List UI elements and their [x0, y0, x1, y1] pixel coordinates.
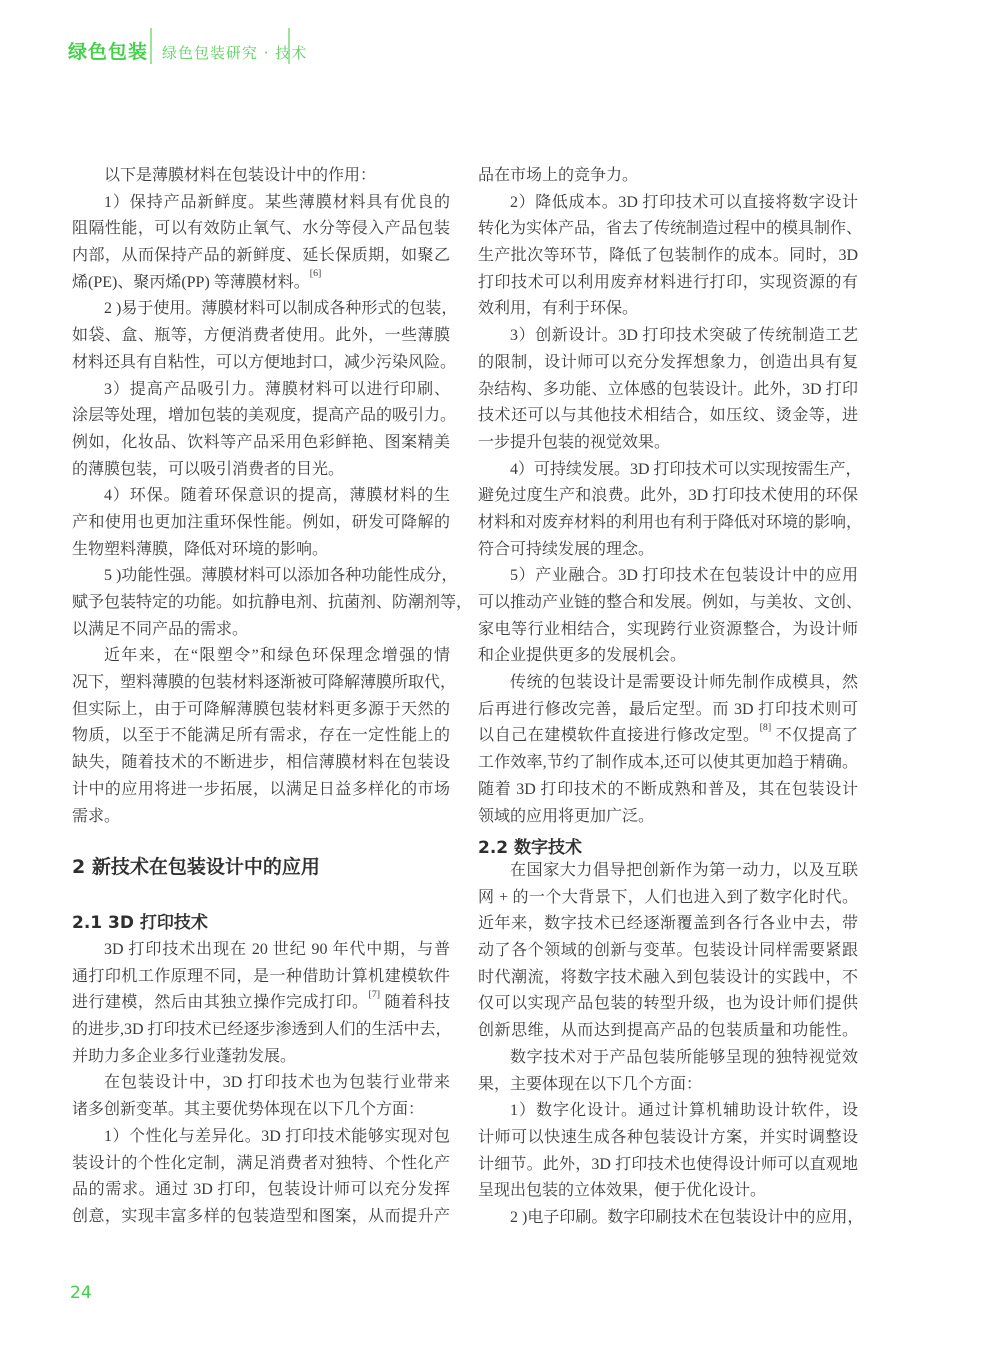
text-line: 一步提升包装的视觉效果。 [478, 430, 858, 457]
text-line: 例如，化妆品、饮料等产品采用色彩鲜艳、图案精美 [72, 430, 450, 457]
text-line: 传统的包装设计是需要设计师先制作成模具，然 [478, 670, 858, 697]
text-line: 在国家大力倡导把创新作为第一动力，以及互联 [478, 858, 858, 885]
left-column-lower: 3D 打印技术出现在 20 世纪 90 年代中期，与普通打印机工作原理不同，是一… [72, 937, 450, 1231]
text-line: 2 )电子印刷。数字印刷技术在包装设计中的应用， [478, 1205, 858, 1232]
text-line: 近年来，在“限塑令”和绿色环保理念增强的情 [72, 643, 450, 670]
text-line: 打印技术可以利用废弃材料进行打印，实现资源的有 [478, 270, 858, 297]
text-line: 家电等行业相结合，实现跨行业资源整合，为设计师 [478, 617, 858, 644]
section-heading: 2 新技术在包装设计中的应用 [72, 852, 320, 879]
text-line: 创新思维，从而达到提高产品的包装质量和功能性。 [478, 1018, 858, 1045]
text-line: 以下是薄膜材料在包装设计中的作用： [72, 163, 450, 190]
section-label: 绿色包装研究 · 技术 [162, 42, 307, 63]
text-line: 3）创新设计。3D 打印技术突破了传统制造工艺 [478, 323, 858, 350]
right-column-upper: 品在市场上的竞争力。2）降低成本。3D 打印技术可以直接将数字设计转化为实体产品… [478, 163, 858, 830]
text-line: 4）环保。随着环保意识的提高，薄膜材料的生 [72, 483, 450, 510]
text-line: 装设计的个性化定制，满足消费者对独特、个性化产 [72, 1151, 450, 1178]
text-line: 但实际上，由于可降解薄膜包装材料更多源于天然的 [72, 697, 450, 724]
text-line: 材料和对废弃材料的利用也有利于降低对环境的影响， [478, 510, 858, 537]
text-line: 材料还具有自粘性，可以方便地封口，减少污染风险。 [72, 350, 450, 377]
journal-logo: 绿色包装 [68, 37, 148, 64]
text-line: 的限制，设计师可以充分发挥想象力，创造出具有复 [478, 350, 858, 377]
text-line: 在包装设计中，3D 打印技术也为包装行业带来 [72, 1070, 450, 1097]
subsection-heading-digital: 2.2 数字技术 [478, 833, 582, 858]
text-line: 计中的应用将进一步拓展，以满足日益多样化的市场 [72, 777, 450, 804]
text-line: 近年来，数字技术已经逐渐覆盖到各行各业中去，带 [478, 911, 858, 938]
text-line: 品在市场上的竞争力。 [478, 163, 858, 190]
text-line: 动了各个领域的创新与变革。包装设计同样需要紧跟 [478, 938, 858, 965]
text-line: 1）个性化与差异化。3D 打印技术能够实现对包 [72, 1124, 450, 1151]
text-line: 创意，实现丰富多样的包装造型和图案，从而提升产 [72, 1204, 450, 1231]
text-line: 技术还可以与其他技术相结合，如压纹、烫金等，进 [478, 403, 858, 430]
text-line: 1）保持产品新鲜度。某些薄膜材料具有优良的 [72, 190, 450, 217]
text-line: 赋予包装特定的功能。如抗静电剂、抗菌剂、防潮剂等， [72, 590, 450, 617]
text-line: 领域的应用将更加广泛。 [478, 804, 858, 831]
text-line: 烯(PE)、聚丙烯(PP) 等薄膜材料。[6] [72, 270, 450, 297]
text-line: 符合可持续发展的理念。 [478, 537, 858, 564]
text-line: 呈现出包装的立体效果，便于优化设计。 [478, 1178, 858, 1205]
text-line: 4）可持续发展。3D 打印技术可以实现按需生产， [478, 457, 858, 484]
text-line: 1）数字化设计。通过计算机辅助设计软件，设 [478, 1098, 858, 1125]
text-line: 2）降低成本。3D 打印技术可以直接将数字设计 [478, 190, 858, 217]
text-line: 计师可以快速生成各种包装设计方案，并实时调整设 [478, 1125, 858, 1152]
header-divider [150, 28, 152, 64]
text-line: 阻隔性能，可以有效防止氧气、水分等侵入产品包装 [72, 216, 450, 243]
text-line: 需求。 [72, 804, 450, 831]
text-line: 5 )功能性强。薄膜材料可以添加各种功能性成分， [72, 563, 450, 590]
text-line: 况下，塑料薄膜的包装材料逐渐被可降解薄膜所取代， [72, 670, 450, 697]
text-line: 和企业提供更多的发展机会。 [478, 643, 858, 670]
text-line: 以自己在建模软件直接进行修改定型。[8] 不仅提高了 [478, 723, 858, 750]
text-line: 缺失，随着技术的不断进步，相信薄膜材料在包装设 [72, 750, 450, 777]
text-line: 生产批次等环节，降低了包装制作的成本。同时，3D [478, 243, 858, 270]
text-line: 5）产业融合。3D 打印技术在包装设计中的应用 [478, 563, 858, 590]
text-line: 2 )易于使用。薄膜材料可以制成各种形式的包装， [72, 296, 450, 323]
text-line: 仅可以实现产品包装的转型升级，也为设计师们提供 [478, 991, 858, 1018]
text-line: 可以推动产业链的整合和发展。例如，与美妆、文创、 [478, 590, 858, 617]
text-line: 产和使用也更加注重环保性能。例如，研发可降解的 [72, 510, 450, 537]
text-line: 3）提高产品吸引力。薄膜材料可以进行印刷、 [72, 377, 450, 404]
text-line: 数字技术对于产品包装所能够呈现的独特视觉效 [478, 1045, 858, 1072]
text-line: 涂层等处理，增加包装的美观度，提高产品的吸引力。 [72, 403, 450, 430]
text-line: 网 + 的一个大背景下，人们也进入到了数字化时代。 [478, 885, 858, 912]
text-line: 物质，以至于不能满足所有需求，存在一定性能上的 [72, 723, 450, 750]
header-divider [288, 28, 290, 64]
left-column-upper: 以下是薄膜材料在包装设计中的作用：1）保持产品新鲜度。某些薄膜材料具有优良的阻隔… [72, 163, 450, 830]
text-line: 内部，从而保持产品的新鲜度、延长保质期，如聚乙 [72, 243, 450, 270]
text-line: 并助力多企业多行业蓬勃发展。 [72, 1044, 450, 1071]
text-line: 时代潮流，将数字技术融入到包装设计的实践中，不 [478, 965, 858, 992]
text-line: 以满足不同产品的需求。 [72, 617, 450, 644]
text-line: 工作效率,节约了制作成本,还可以使其更加趋于精确。 [478, 750, 858, 777]
text-line: 杂结构、多功能、立体感的包装设计。此外，3D 打印 [478, 377, 858, 404]
page-container: 绿色包装 绿色包装研究 · 技术 以下是薄膜材料在包装设计中的作用：1）保持产品… [0, 0, 992, 1346]
text-line: 果，主要体现在以下几个方面： [478, 1072, 858, 1099]
text-line: 品的需求。通过 3D 打印，包装设计师可以充分发挥 [72, 1177, 450, 1204]
text-line: 计细节。此外，3D 打印技术也使得设计师可以直观地 [478, 1152, 858, 1179]
text-line: 通打印机工作原理不同，是一种借助计算机建模软件 [72, 964, 450, 991]
text-line: 生物塑料薄膜，降低对环境的影响。 [72, 537, 450, 564]
text-line: 3D 打印技术出现在 20 世纪 90 年代中期，与普 [72, 937, 450, 964]
text-line: 进行建模，然后由其独立操作完成打印。[7] 随着科技 [72, 990, 450, 1017]
text-line: 避免过度生产和浪费。此外，3D 打印技术使用的环保 [478, 483, 858, 510]
text-line: 诸多创新变革。其主要优势体现在以下几个方面： [72, 1097, 450, 1124]
right-column-lower: 在国家大力倡导把创新作为第一动力，以及互联网 + 的一个大背景下，人们也进入到了… [478, 858, 858, 1232]
text-line: 转化为实体产品，省去了传统制造过程中的模具制作、 [478, 216, 858, 243]
text-line: 的进步,3D 打印技术已经逐步渗透到人们的生活中去， [72, 1017, 450, 1044]
subsection-heading-3d-printing: 2.1 3D 打印技术 [72, 908, 208, 933]
text-line: 的薄膜包装，可以吸引消费者的目光。 [72, 457, 450, 484]
text-line: 效利用，有利于环保。 [478, 296, 858, 323]
text-line: 后再进行修改完善，最后定型。而 3D 打印技术则可 [478, 697, 858, 724]
text-line: 随着 3D 打印技术的不断成熟和普及，其在包装设计 [478, 777, 858, 804]
page-number: 24 [70, 1283, 92, 1303]
text-line: 如袋、盒、瓶等，方便消费者使用。此外，一些薄膜 [72, 323, 450, 350]
